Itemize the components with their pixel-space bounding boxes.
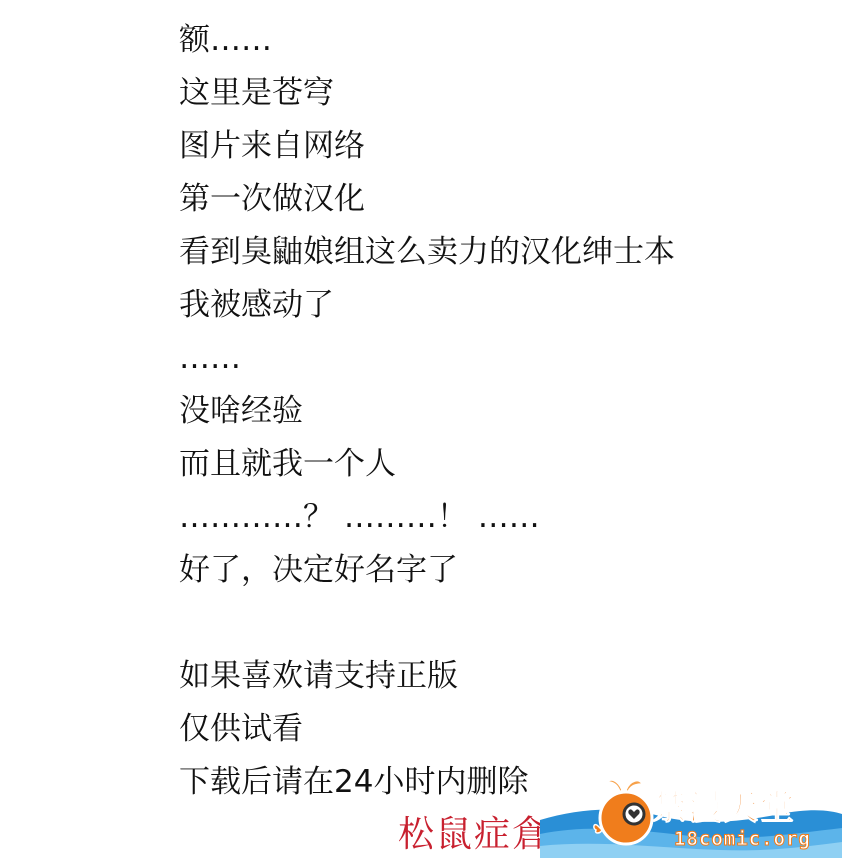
- text-line: 我被感动了: [179, 279, 675, 332]
- text-line: 额……: [179, 14, 675, 67]
- text-line: 没啥经验: [179, 385, 675, 438]
- text-line: 图片来自网络: [179, 120, 675, 173]
- text-line: 这里是苍穹: [179, 67, 675, 120]
- text-line: 好了，决定好名字了: [179, 544, 675, 597]
- orange-whale-mascot-icon: [588, 776, 660, 848]
- text-line: ……: [179, 332, 675, 385]
- text-line: …………？ ………！ ……: [179, 491, 675, 544]
- text-line: 看到臭鼬娘组这么卖力的汉化绅士本: [179, 226, 675, 279]
- text-line: 如果喜欢请支持正版: [179, 650, 675, 703]
- brand-domain: 18comic.org: [674, 828, 811, 850]
- text-line: 而且就我一个人: [179, 438, 675, 491]
- text-line: 第一次做汉化: [179, 173, 675, 226]
- blank-line: [179, 597, 675, 650]
- brand-name: 禁漫天堂: [652, 780, 796, 829]
- message-text-block: 额…… 这里是苍穹 图片来自网络 第一次做汉化 看到臭鼬娘组这么卖力的汉化绅士本…: [179, 14, 675, 809]
- text-line: 仅供试看: [179, 703, 675, 756]
- site-watermark: 禁漫天堂 18comic.org: [540, 768, 842, 858]
